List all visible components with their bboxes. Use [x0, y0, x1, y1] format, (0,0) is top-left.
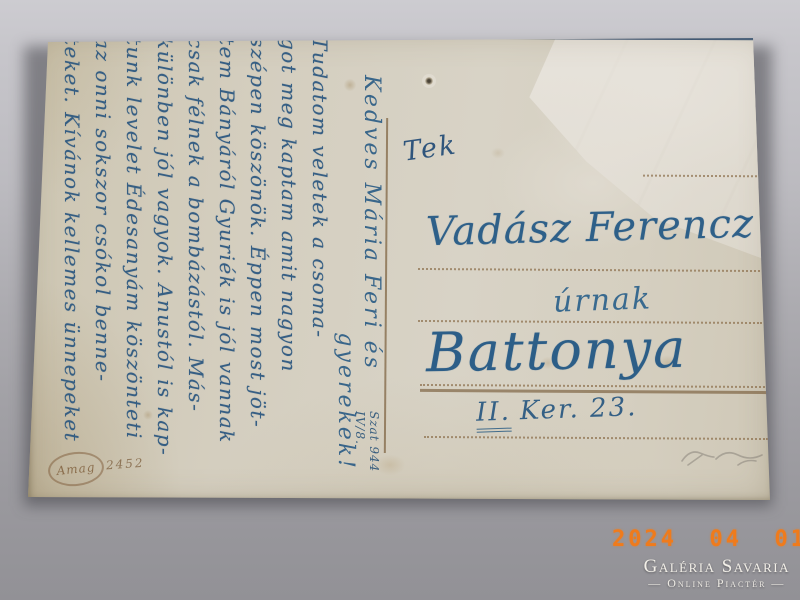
message-line: az onni sokszor csókol benne- — [87, 37, 118, 504]
address-rule-4-dotted — [420, 384, 768, 388]
publisher-stamp-number: 2452 — [106, 456, 145, 473]
address-district-rest: Ker. 23. — [519, 392, 638, 426]
postcard: Tudatom veletek a csoma- got meg kaptam … — [28, 33, 772, 503]
message-line: csak félnek a bombázástól. Más- — [180, 37, 211, 504]
message-text: Tudatom veletek a csoma- got meg kaptam … — [56, 37, 335, 504]
address-salutation: úrnak — [552, 281, 652, 319]
address-town: Battonya — [425, 317, 687, 385]
message-line: különben jól vagyok. Anustól is kap- — [149, 37, 180, 504]
address-name: Vadász Ferencz — [425, 201, 754, 256]
date-stamp: 2024 04 01 — [612, 527, 800, 552]
watermark-subtitle: — Online Piactér — — [644, 577, 790, 590]
address-honorific: Tek — [401, 129, 459, 167]
pencil-marks — [678, 435, 778, 475]
publisher-stamp-text: Amag — [56, 460, 96, 478]
message-line: tunk levelet Édesanyám köszönteti — [118, 37, 149, 504]
postcard-top-edge-line — [198, 35, 754, 40]
pinhole — [425, 77, 433, 85]
message-line: tem Bányáról Gyuriék is jól vannak — [211, 37, 242, 504]
address-district-number: II. — [476, 397, 512, 433]
watermark: Galéria Savaria — Online Piactér — — [644, 557, 790, 590]
address-rule-2 — [418, 268, 760, 272]
message-date-note: Szat 944 IV/8. — [361, 411, 381, 503]
message-line: Tudatom veletek a csoma- — [304, 37, 335, 504]
center-divider-line — [384, 118, 388, 453]
address-district: II.Ker. 23. — [476, 392, 638, 428]
watermark-title: Galéria Savaria — [644, 557, 790, 577]
photo-background: Tudatom veletek a csoma- got meg kaptam … — [0, 0, 800, 600]
message-line: szépen köszönök. Éppen most jöt- — [242, 37, 273, 504]
message-line: got meg kaptam amit nagyon — [273, 37, 304, 504]
message-line: teket. Kívánok kellemes ünnepeket — [56, 37, 87, 504]
